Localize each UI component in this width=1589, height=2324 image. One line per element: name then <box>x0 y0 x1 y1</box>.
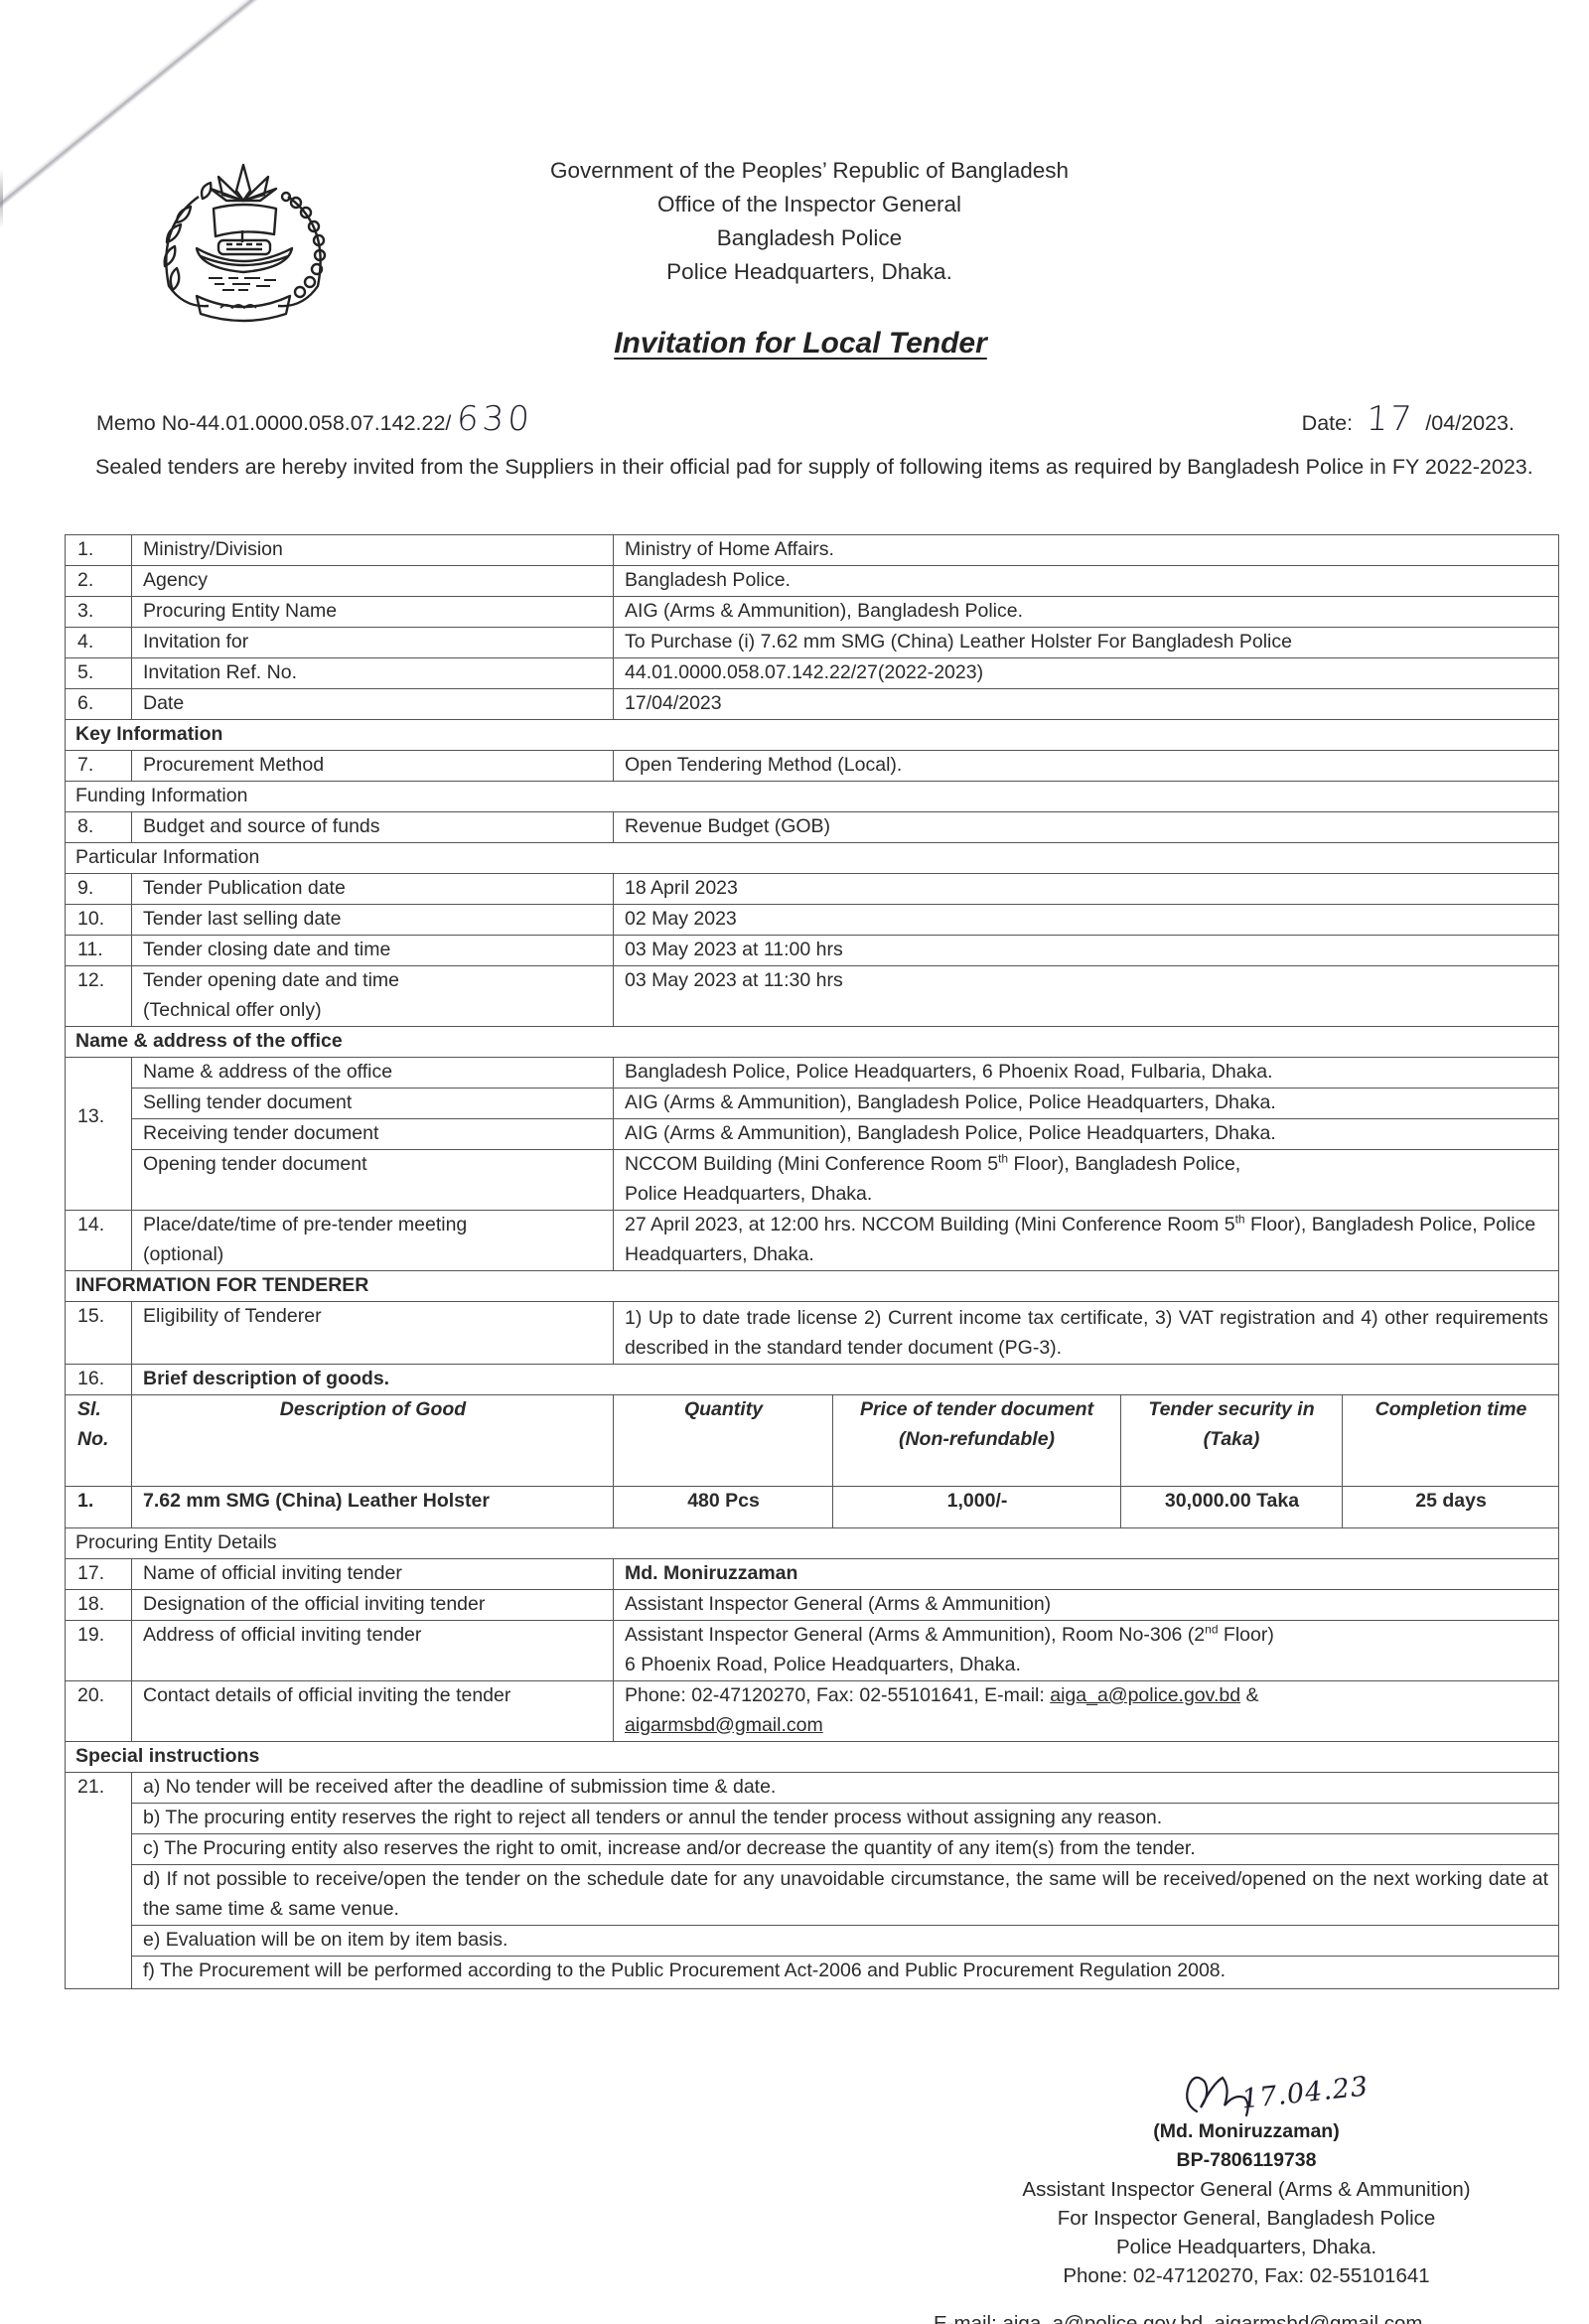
goods-price: 1,000/- <box>833 1487 1121 1528</box>
section-special-instructions: Special instructions <box>66 1742 1559 1773</box>
instruction-item: d) If not possible to receive/open the t… <box>132 1865 1559 1926</box>
table-row: e) Evaluation will be on item by item ba… <box>66 1926 1559 1957</box>
row-label: Brief description of goods. <box>132 1365 1559 1395</box>
row-label: Designation of the official inviting ten… <box>132 1590 614 1621</box>
signatory-bp-number: BP-7806119738 <box>899 2146 1589 2175</box>
section-funding-information: Funding Information <box>66 782 1559 812</box>
section-key-information: Key Information <box>66 720 1559 751</box>
row-number: 11. <box>66 936 132 966</box>
goods-slno: 1. <box>66 1487 132 1528</box>
row-value: Revenue Budget (GOB) <box>614 812 1559 843</box>
row-number: 4. <box>66 628 132 658</box>
table-row: b) The procuring entity reserves the rig… <box>66 1804 1559 1834</box>
instruction-item: a) No tender will be received after the … <box>132 1773 1559 1804</box>
row-value-line2: Police Headquarters, Dhaka. <box>625 1180 1548 1210</box>
row-value: Assistant Inspector General (Arms & Ammu… <box>614 1621 1559 1681</box>
row-value-line2: 6 Phoenix Road, Police Headquarters, Dha… <box>625 1651 1548 1680</box>
signatory-designation: Assistant Inspector General (Arms & Ammu… <box>899 2175 1589 2204</box>
value-text: Floor), Bangladesh Police, <box>1008 1153 1240 1175</box>
goods-security: 30,000.00 Taka <box>1121 1487 1343 1528</box>
row-number: 7. <box>66 751 132 782</box>
table-row: 1. Ministry/Division Ministry of Home Af… <box>66 535 1559 566</box>
row-label-line2: (optional) <box>143 1240 603 1270</box>
goods-item-row: 1. 7.62 mm SMG (China) Leather Holster 4… <box>66 1487 1559 1528</box>
section-header-row: Particular Information <box>66 843 1559 874</box>
row-label: Tender opening date and time (Technical … <box>132 966 614 1027</box>
row-label: Receiving tender document <box>132 1119 614 1150</box>
row-label: Tender last selling date <box>132 905 614 936</box>
row-value: AIG (Arms & Ammunition), Bangladesh Poli… <box>614 1089 1559 1119</box>
table-row: 3. Procuring Entity Name AIG (Arms & Amm… <box>66 597 1559 628</box>
table-row: c) The Procuring entity also reserves th… <box>66 1834 1559 1865</box>
table-row: 8. Budget and source of funds Revenue Bu… <box>66 812 1559 843</box>
value-text: NCCOM Building (Mini Conference Room 5 <box>625 1153 998 1175</box>
date-label: Date: <box>1302 411 1353 436</box>
row-value: Assistant Inspector General (Arms & Ammu… <box>614 1590 1559 1621</box>
row-value-line1: NCCOM Building (Mini Conference Room 5th… <box>625 1150 1548 1180</box>
row-number: 3. <box>66 597 132 628</box>
row-value-line1: Assistant Inspector General (Arms & Ammu… <box>625 1621 1548 1651</box>
row-label: Ministry/Division <box>132 535 614 566</box>
instruction-item: f) The Procurement will be performed acc… <box>132 1957 1559 1989</box>
table-row: 11. Tender closing date and time 03 May … <box>66 936 1559 966</box>
memo-date: Date: 17 /04/2023. <box>1302 399 1515 439</box>
row-label: Name of official inviting tender <box>132 1559 614 1590</box>
table-row: 18. Designation of the official inviting… <box>66 1590 1559 1621</box>
row-value: Bangladesh Police, Police Headquarters, … <box>614 1058 1559 1089</box>
row-label: Procuring Entity Name <box>132 597 614 628</box>
goods-description: 7.62 mm SMG (China) Leather Holster <box>132 1487 614 1528</box>
row-number: 20. <box>66 1681 132 1742</box>
row-label: Address of official inviting tender <box>132 1621 614 1681</box>
section-header-row: INFORMATION FOR TENDERER <box>66 1271 1559 1302</box>
row-value: 02 May 2023 <box>614 905 1559 936</box>
signature-block: (Md. Moniruzzaman) BP-7806119738 Assista… <box>899 2076 1589 2290</box>
row-value: To Purchase (i) 7.62 mm SMG (China) Leat… <box>614 628 1559 658</box>
row-value: 1) Up to date trade license 2) Current i… <box>614 1302 1559 1365</box>
signatory-for-line: For Inspector General, Bangladesh Police <box>899 2204 1589 2233</box>
row-value: NCCOM Building (Mini Conference Room 5th… <box>614 1150 1559 1211</box>
goods-completion: 25 days <box>1343 1487 1559 1528</box>
goods-header-price: Price of tender document (Non-refundable… <box>833 1395 1121 1487</box>
row-label: Opening tender document <box>132 1150 614 1211</box>
row-value: 18 April 2023 <box>614 874 1559 905</box>
memo-handwritten-number: 630 <box>456 399 535 439</box>
date-handwritten-day: 17 <box>1366 399 1415 439</box>
row-number: 5. <box>66 658 132 689</box>
row-value: AIG (Arms & Ammunition), Bangladesh Poli… <box>614 1119 1559 1150</box>
table-row: 16. Brief description of goods. <box>66 1365 1559 1395</box>
signatory-email-cut-off: E-mail: aiga_a@police.gov.bd, aigarmsbd@… <box>934 2310 1422 2324</box>
row-number: 1. <box>66 535 132 566</box>
row-number: 6. <box>66 689 132 720</box>
goods-header-security: Tender security in (Taka) <box>1121 1395 1343 1487</box>
section-header-row: Funding Information <box>66 782 1559 812</box>
signatory-name: (Md. Moniruzzaman) <box>899 2117 1589 2146</box>
letterhead-line-hq: Police Headquarters, Dhaka. <box>30 255 1589 289</box>
instruction-item: e) Evaluation will be on item by item ba… <box>132 1926 1559 1957</box>
row-number: 10. <box>66 905 132 936</box>
row-value: 27 April 2023, at 12:00 hrs. NCCOM Build… <box>614 1211 1559 1271</box>
row-label: Place/date/time of pre-tender meeting (o… <box>132 1211 614 1271</box>
contact-separator: & <box>1240 1684 1258 1706</box>
goods-header-completion: Completion time <box>1343 1395 1559 1487</box>
date-suffix: /04/2023. <box>1425 411 1515 436</box>
row-value: Md. Moniruzzaman <box>614 1559 1559 1590</box>
row-number: 17. <box>66 1559 132 1590</box>
section-header-row: Special instructions <box>66 1742 1559 1773</box>
section-header-row: Procuring Entity Details <box>66 1528 1559 1559</box>
row-label: Date <box>132 689 614 720</box>
document-title-wrap: Invitation for Local Tender <box>0 327 1589 361</box>
value-superscript: nd <box>1205 1623 1218 1637</box>
row-label: Invitation for <box>132 628 614 658</box>
table-row: 7. Procurement Method Open Tendering Met… <box>66 751 1559 782</box>
table-row: Opening tender document NCCOM Building (… <box>66 1150 1559 1211</box>
section-header-row: Key Information <box>66 720 1559 751</box>
row-label: Tender closing date and time <box>132 936 614 966</box>
table-row: 19. Address of official inviting tender … <box>66 1621 1559 1681</box>
goods-header-description: Description of Good <box>132 1395 614 1487</box>
instruction-item: b) The procuring entity reserves the rig… <box>132 1804 1559 1834</box>
row-number: 12. <box>66 966 132 1027</box>
row-label: Selling tender document <box>132 1089 614 1119</box>
goods-header-row: Sl. No. Description of Good Quantity Pri… <box>66 1395 1559 1487</box>
row-number: 15. <box>66 1302 132 1365</box>
goods-header-slno: Sl. No. <box>66 1395 132 1487</box>
table-row: 14. Place/date/time of pre-tender meetin… <box>66 1211 1559 1271</box>
value-superscript: th <box>998 1152 1008 1166</box>
row-value: 17/04/2023 <box>614 689 1559 720</box>
row-number: 19. <box>66 1621 132 1681</box>
row-value-line1: Phone: 02-47120270, Fax: 02-55101641, E-… <box>625 1681 1548 1711</box>
tender-table: 1. Ministry/Division Ministry of Home Af… <box>65 534 1559 1989</box>
signatory-office: Police Headquarters, Dhaka. <box>899 2233 1589 2261</box>
value-text: Assistant Inspector General (Arms & Ammu… <box>625 1624 1205 1646</box>
letterhead: Government of the Peoples’ Republic of B… <box>0 154 1589 289</box>
row-number: 16. <box>66 1365 132 1395</box>
row-value-line2: aigarmsbd@gmail.com <box>625 1711 1548 1741</box>
instruction-item: c) The Procuring entity also reserves th… <box>132 1834 1559 1865</box>
email-link-gmail[interactable]: aigarmsbd@gmail.com <box>625 1714 823 1736</box>
row-label: Invitation Ref. No. <box>132 658 614 689</box>
goods-header-quantity: Quantity <box>614 1395 833 1487</box>
row-value: 44.01.0000.058.07.142.22/27(2022-2023) <box>614 658 1559 689</box>
letterhead-line-police: Bangladesh Police <box>30 221 1589 255</box>
table-row: 12. Tender opening date and time (Techni… <box>66 966 1559 1027</box>
section-procuring-entity-details: Procuring Entity Details <box>66 1528 1559 1559</box>
row-number: 18. <box>66 1590 132 1621</box>
row-label: Budget and source of funds <box>132 812 614 843</box>
table-row: 10. Tender last selling date 02 May 2023 <box>66 905 1559 936</box>
table-row: f) The Procurement will be performed acc… <box>66 1957 1559 1989</box>
value-text: Floor) <box>1219 1624 1274 1646</box>
row-value: Bangladesh Police. <box>614 566 1559 597</box>
row-value: AIG (Arms & Ammunition), Bangladesh Poli… <box>614 597 1559 628</box>
table-row: 6. Date 17/04/2023 <box>66 689 1559 720</box>
section-information-for-tenderer: INFORMATION FOR TENDERER <box>66 1271 1559 1302</box>
table-row: Selling tender document AIG (Arms & Ammu… <box>66 1089 1559 1119</box>
row-label-line1: Tender opening date and time <box>143 966 603 996</box>
contact-text: Phone: 02-47120270, Fax: 02-55101641, E-… <box>625 1684 1050 1706</box>
row-value: 03 May 2023 at 11:00 hrs <box>614 936 1559 966</box>
row-label: Contact details of official inviting the… <box>132 1681 614 1742</box>
row-number: 21. <box>66 1773 132 1989</box>
row-number: 2. <box>66 566 132 597</box>
memo-number: Memo No-44.01.0000.058.07.142.22/ 630 <box>96 399 533 439</box>
row-label: Eligibility of Tenderer <box>132 1302 614 1365</box>
table-row: 13. Name & address of the office Banglad… <box>66 1058 1559 1089</box>
signatory-phone: Phone: 02-47120270, Fax: 02-55101641 <box>899 2261 1589 2290</box>
row-label: Procurement Method <box>132 751 614 782</box>
row-label-line2: (Technical offer only) <box>143 996 603 1026</box>
row-value: 03 May 2023 at 11:30 hrs <box>614 966 1559 1027</box>
letterhead-line-office: Office of the Inspector General <box>30 188 1589 221</box>
memo-prefix: Memo No-44.01.0000.058.07.142.22/ <box>96 411 451 436</box>
row-value: Open Tendering Method (Local). <box>614 751 1559 782</box>
table-row: 9. Tender Publication date 18 April 2023 <box>66 874 1559 905</box>
section-name-address: Name & address of the office <box>66 1027 1559 1058</box>
row-label-line1: Place/date/time of pre-tender meeting <box>143 1211 603 1240</box>
value-text: 27 April 2023, at 12:00 hrs. NCCOM Build… <box>625 1214 1235 1235</box>
email-link-police[interactable]: aiga_a@police.gov.bd <box>1050 1684 1240 1706</box>
section-particular-information: Particular Information <box>66 843 1559 874</box>
goods-quantity: 480 Pcs <box>614 1487 833 1528</box>
row-number: 9. <box>66 874 132 905</box>
table-row: 4. Invitation for To Purchase (i) 7.62 m… <box>66 628 1559 658</box>
section-header-row: Name & address of the office <box>66 1027 1559 1058</box>
table-row: 2. Agency Bangladesh Police. <box>66 566 1559 597</box>
table-row: 5. Invitation Ref. No. 44.01.0000.058.07… <box>66 658 1559 689</box>
table-row: 17. Name of official inviting tender Md.… <box>66 1559 1559 1590</box>
table-row: 15. Eligibility of Tenderer 1) Up to dat… <box>66 1302 1559 1365</box>
row-number: 13. <box>66 1058 132 1211</box>
value-superscript: th <box>1235 1213 1245 1227</box>
table-row: Receiving tender document AIG (Arms & Am… <box>66 1119 1559 1150</box>
row-number: 8. <box>66 812 132 843</box>
table-row: d) If not possible to receive/open the t… <box>66 1865 1559 1926</box>
row-value: Ministry of Home Affairs. <box>614 535 1559 566</box>
row-label: Name & address of the office <box>132 1058 614 1089</box>
row-number: 14. <box>66 1211 132 1271</box>
intro-paragraph: Sealed tenders are hereby invited from t… <box>95 452 1545 483</box>
row-label: Tender Publication date <box>132 874 614 905</box>
row-value: Phone: 02-47120270, Fax: 02-55101641, E-… <box>614 1681 1559 1742</box>
table-row: 20. Contact details of official inviting… <box>66 1681 1559 1742</box>
document-title: Invitation for Local Tender <box>614 327 987 360</box>
letterhead-line-government: Government of the Peoples’ Republic of B… <box>30 154 1589 188</box>
row-label: Agency <box>132 566 614 597</box>
table-row: 21. a) No tender will be received after … <box>66 1773 1559 1804</box>
